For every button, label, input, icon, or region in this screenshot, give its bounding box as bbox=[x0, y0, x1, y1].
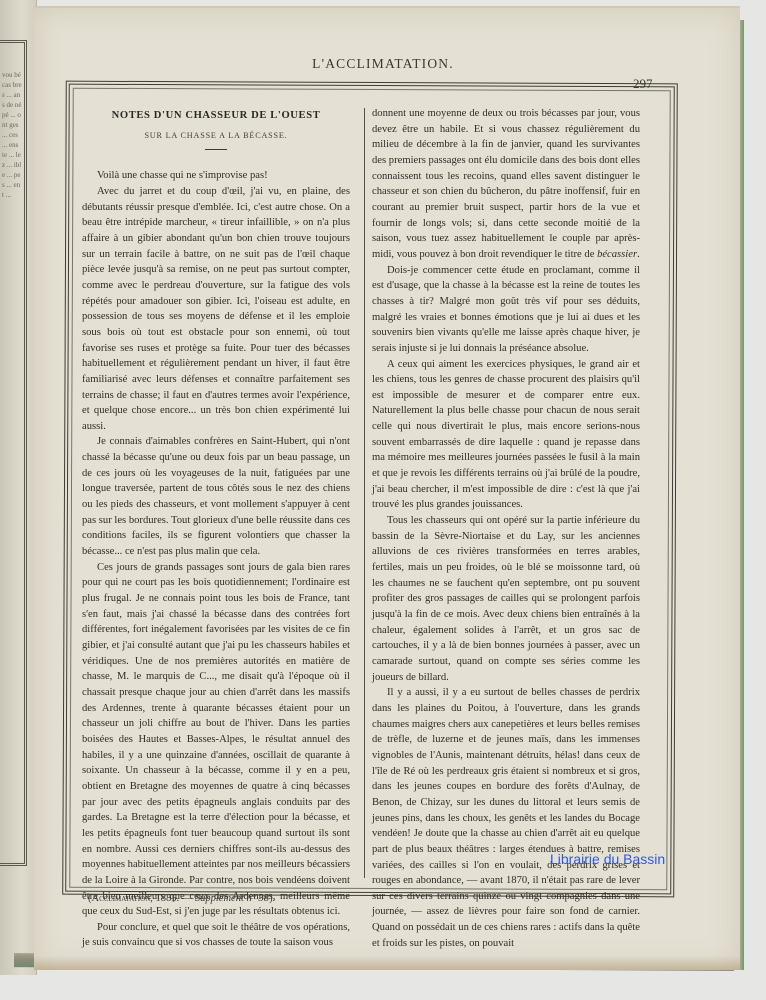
paragraph: Je connais d'aimables confrères en Saint… bbox=[82, 434, 350, 559]
article-subtitle: SUR LA CHASSE A LA BÉCASSE. bbox=[82, 128, 350, 144]
page-wear bbox=[34, 956, 740, 970]
seller-watermark: Librairie du Bassin bbox=[550, 851, 665, 867]
left-column: NOTES D'UN CHASSEUR DE L'OUEST SUR LA CH… bbox=[82, 104, 350, 951]
paragraph: Ces jours de grands passages sont jours … bbox=[82, 560, 350, 920]
previous-page-text: vou bécas bres ... ans de népé ... ont g… bbox=[2, 70, 22, 830]
paragraph-text: donnent une moyenne de deux ou trois béc… bbox=[372, 108, 640, 260]
article-title: NOTES D'UN CHASSEUR DE L'OUEST bbox=[82, 108, 350, 124]
paragraph: Avec du jarret et du coup d'œil, j'ai vu… bbox=[82, 184, 350, 435]
footnote-year: , 1885. — bbox=[150, 893, 195, 904]
right-column: donnent une moyenne de deux ou trois béc… bbox=[372, 106, 640, 951]
paragraph: Il y a aussi, il y a eu surtout de belle… bbox=[372, 685, 640, 951]
paragraph-continued: donnent une moyenne de deux ou trois béc… bbox=[372, 106, 640, 263]
title-divider bbox=[205, 149, 227, 150]
previous-page-edge: vou bécas bres ... ans de népé ... ont g… bbox=[0, 0, 37, 975]
footnote-close: ). bbox=[269, 893, 275, 904]
italic-term: bécassier bbox=[597, 249, 637, 260]
paragraph: Dois-je commencer cette étude en proclam… bbox=[372, 263, 640, 357]
footnote-supplement: Supplément n° 38 bbox=[195, 893, 269, 904]
running-head: L'ACCLIMATATION. bbox=[0, 56, 766, 72]
paragraph: Pour conclure, et quel que soit le théât… bbox=[82, 920, 350, 951]
paragraph: Tous les chasseurs qui ont opéré sur la … bbox=[372, 513, 640, 685]
column-divider bbox=[364, 108, 365, 878]
footnote-journal: Acclimatation bbox=[92, 893, 151, 904]
paragraph: A ceux qui aiment les exercices physique… bbox=[372, 357, 640, 514]
punctuation: . bbox=[637, 249, 640, 260]
page-footnote: (Acclimatation, 1885. — Supplément n° 38… bbox=[88, 893, 275, 904]
paragraph: Voilà une chasse qui ne s'improvise pas! bbox=[82, 168, 350, 184]
